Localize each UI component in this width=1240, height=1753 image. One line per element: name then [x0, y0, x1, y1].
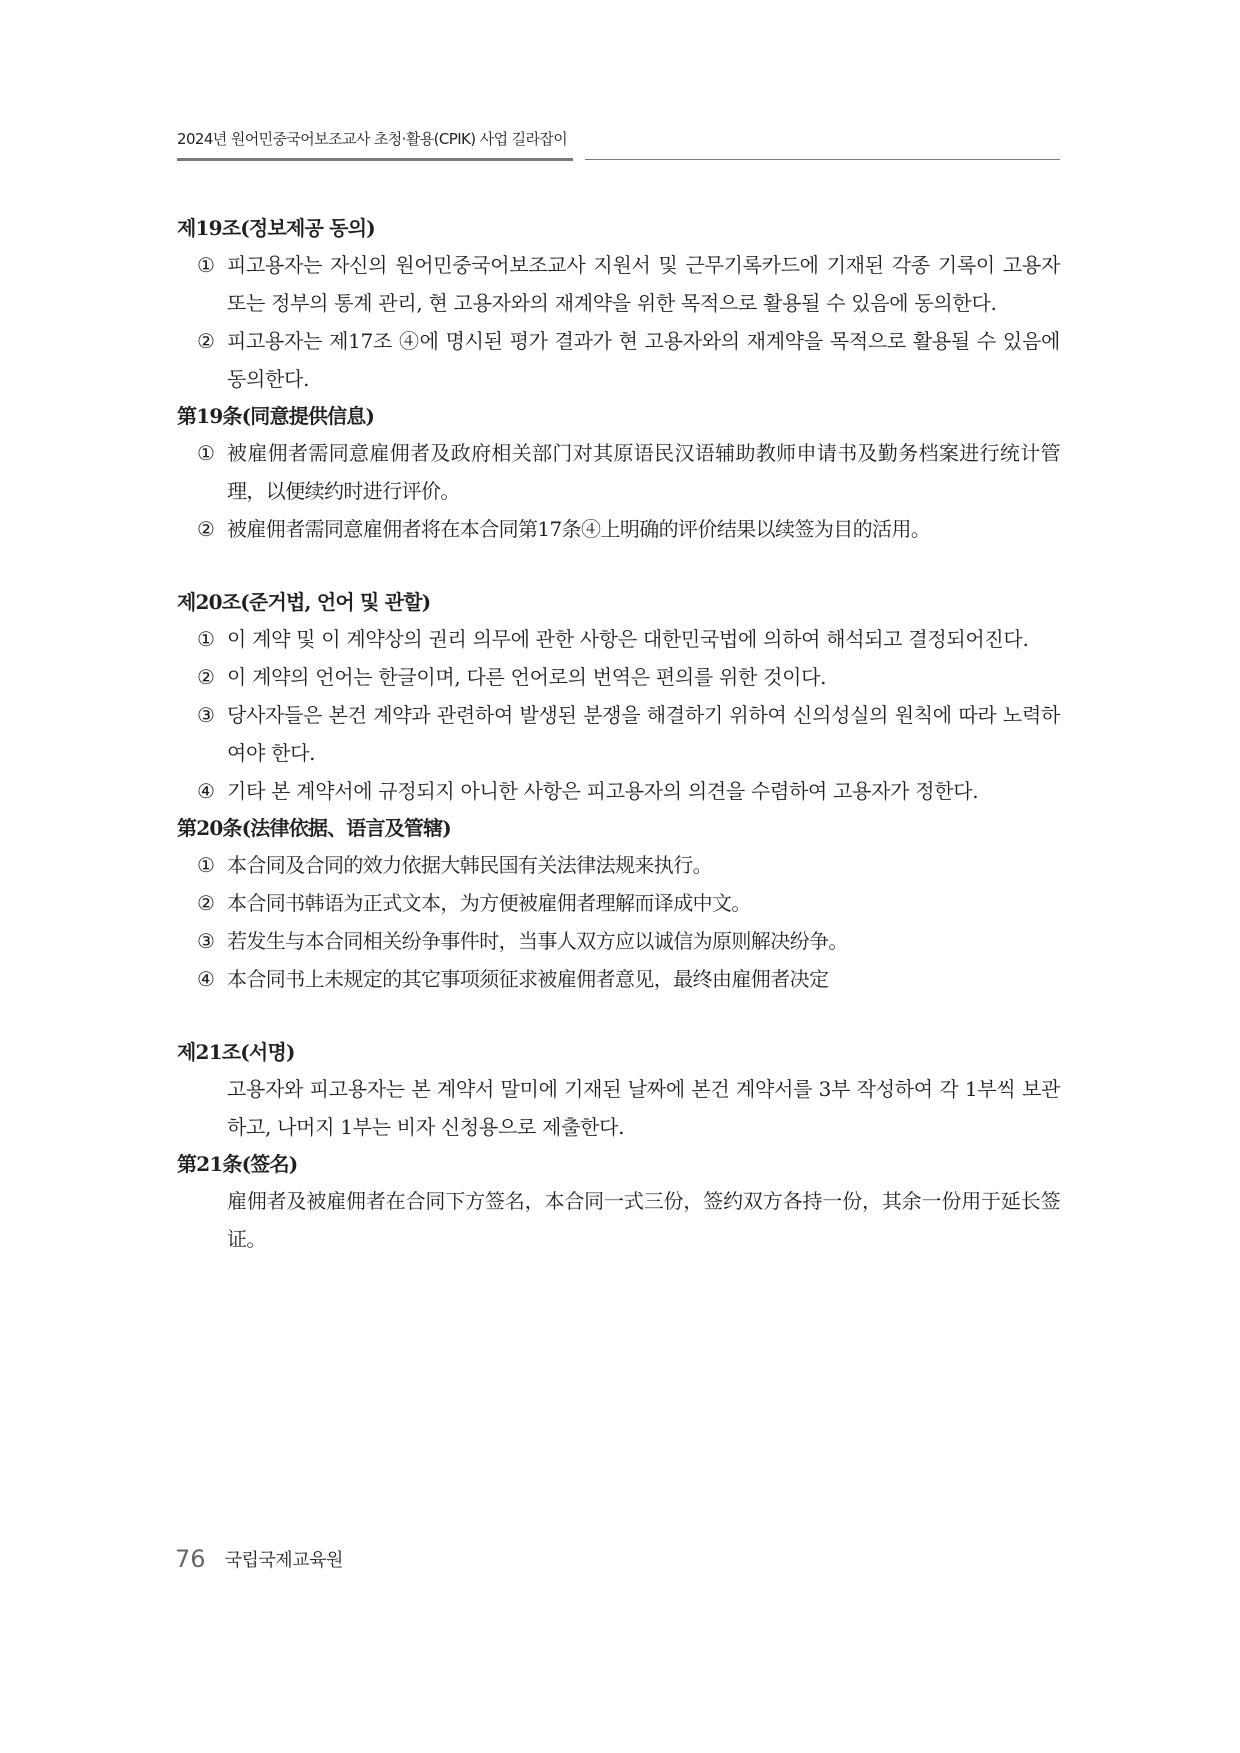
publisher-name: 국립국제교육원 [225, 1550, 343, 1571]
article-title: 제21조(서명) [177, 1034, 1060, 1070]
article-19-ko: 제19조(정보제공 동의) ① 피고용자는 자신의 원어민중국어보조교사 지원서… [177, 210, 1060, 398]
clause-item: ① 피고용자는 자신의 원어민중국어보조교사 지원서 및 근무기록카드에 기재된… [177, 246, 1060, 322]
clause-item: ① 이 계약 및 이 계약상의 권리 의무에 관한 사항은 대한민국법에 의하여… [177, 620, 1060, 658]
section-spacer [177, 548, 1060, 584]
clause-text: 本合同书上未规定的其它事项须征求被雇佣者意见，最终由雇佣者决定 [227, 967, 828, 991]
document-body: 제19조(정보제공 동의) ① 피고용자는 자신의 원어민중국어보조교사 지원서… [177, 210, 1060, 1258]
header-rule-thin [585, 159, 1060, 160]
clause-number: ① [197, 434, 223, 472]
article-title: 제20조(준거법, 언어 및 관할) [177, 584, 1060, 620]
clause-item: ① 本合同及合同的效力依据大韩民国有关法律法规来执行。 [177, 846, 1060, 884]
article-20-ko: 제20조(준거법, 언어 및 관할) ① 이 계약 및 이 계약상의 권리 의무… [177, 584, 1060, 810]
clause-list: ① 被雇佣者需同意雇佣者及政府相关部门对其原语民汉语辅助教师申请书及勤务档案进行… [177, 434, 1060, 548]
clause-list: ① 피고용자는 자신의 원어민중국어보조교사 지원서 및 근무기록카드에 기재된… [177, 246, 1060, 398]
header-rule-thick [177, 158, 573, 161]
clause-item: ③ 당사자들은 본건 계약과 관련하여 발생된 분쟁을 해결하기 위하여 신의성… [177, 696, 1060, 772]
clause-text: 被雇佣者需同意雇佣者及政府相关部门对其原语民汉语辅助教师申请书及勤务档案进行统计… [227, 441, 1060, 503]
clause-item: ② 이 계약의 언어는 한글이며, 다른 언어로의 번역은 편의를 위한 것이다… [177, 658, 1060, 696]
clause-item: ④ 기타 본 계약서에 규정되지 아니한 사항은 피고용자의 의견을 수렴하여 … [177, 772, 1060, 810]
clause-text: 피고용자는 제17조 ④에 명시된 평가 결과가 현 고용자와의 재계약을 목적… [227, 329, 1060, 391]
clause-number: ① [197, 846, 223, 884]
clause-text: 被雇佣者需同意雇佣者将在本合同第17条④上明确的评价结果以续签为目的活用。 [227, 517, 930, 541]
clause-number: ③ [197, 922, 223, 960]
clause-list: ① 本合同及合同的效力依据大韩民国有关法律法规来执行。 ② 本合同书韩语为正式文… [177, 846, 1060, 998]
clause-text: 本合同及合同的效力依据大韩民国有关法律法规来执行。 [227, 853, 712, 877]
clause-text: 本合同书韩语为正式文本，为方便被雇佣者理解而译成中文。 [227, 891, 751, 915]
clause-number: ② [197, 884, 223, 922]
clause-text: 당사자들은 본건 계약과 관련하여 발생된 분쟁을 해결하기 위하여 신의성실의… [227, 703, 1060, 765]
clause-item: ② 피고용자는 제17조 ④에 명시된 평가 결과가 현 고용자와의 재계약을 … [177, 322, 1060, 398]
clause-text: 若发生与本合同相关纷争事件时，当事人双方应以诚信为原则解决纷争。 [227, 929, 848, 953]
article-21-ko: 제21조(서명) 고용자와 피고용자는 본 계약서 말미에 기재된 날짜에 본건… [177, 1034, 1060, 1146]
article-title: 第19条(同意提供信息) [177, 398, 1060, 434]
running-header-title: 2024년 원어민중국어보조교사 초청·활용(CPIK) 사업 길라잡이 [177, 128, 567, 149]
article-title: 제19조(정보제공 동의) [177, 210, 1060, 246]
clause-item: ③ 若发生与本合同相关纷争事件时，当事人双方应以诚信为原则解决纷争。 [177, 922, 1060, 960]
article-body: 雇佣者及被雇佣者在合同下方签名，本合同一式三份，签约双方各持一份，其余一份用于延… [177, 1182, 1060, 1258]
article-19-zh: 第19条(同意提供信息) ① 被雇佣者需同意雇佣者及政府相关部门对其原语民汉语辅… [177, 398, 1060, 548]
clause-text: 이 계약 및 이 계약상의 권리 의무에 관한 사항은 대한민국법에 의하여 해… [227, 627, 1029, 651]
clause-number: ④ [197, 772, 223, 810]
clause-number: ④ [197, 960, 223, 998]
clause-number: ② [197, 510, 223, 548]
clause-list: ① 이 계약 및 이 계약상의 권리 의무에 관한 사항은 대한민국법에 의하여… [177, 620, 1060, 810]
clause-item: ② 本合同书韩语为正式文本，为方便被雇佣者理解而译成中文。 [177, 884, 1060, 922]
article-body: 고용자와 피고용자는 본 계약서 말미에 기재된 날짜에 본건 계약서를 3부 … [177, 1070, 1060, 1146]
page-number: 76 [175, 1545, 206, 1573]
clause-number: ③ [197, 696, 223, 734]
clause-item: ④ 本合同书上未规定的其它事项须征求被雇佣者意见，最终由雇佣者决定 [177, 960, 1060, 998]
clause-number: ① [197, 620, 223, 658]
clause-item: ① 被雇佣者需同意雇佣者及政府相关部门对其原语民汉语辅助教师申请书及勤务档案进行… [177, 434, 1060, 510]
clause-item: ② 被雇佣者需同意雇佣者将在本合同第17条④上明确的评价结果以续签为目的活用。 [177, 510, 1060, 548]
page-footer: 76 국립국제교육원 [175, 1545, 343, 1573]
clause-text: 기타 본 계약서에 규정되지 아니한 사항은 피고용자의 의견을 수렴하여 고용… [227, 779, 978, 803]
clause-number: ② [197, 658, 223, 696]
article-title: 第20条(法律依据、语言及管辖) [177, 810, 1060, 846]
clause-text: 이 계약의 언어는 한글이며, 다른 언어로의 번역은 편의를 위한 것이다. [227, 665, 826, 689]
section-spacer [177, 998, 1060, 1034]
clause-text: 피고용자는 자신의 원어민중국어보조교사 지원서 및 근무기록카드에 기재된 각… [227, 253, 1060, 315]
article-21-zh: 第21条(签名) 雇佣者及被雇佣者在合同下方签名，本合同一式三份，签约双方各持一… [177, 1146, 1060, 1258]
clause-number: ① [197, 246, 223, 284]
article-20-zh: 第20条(法律依据、语言及管辖) ① 本合同及合同的效力依据大韩民国有关法律法规… [177, 810, 1060, 998]
clause-number: ② [197, 322, 223, 360]
article-title: 第21条(签名) [177, 1146, 1060, 1182]
